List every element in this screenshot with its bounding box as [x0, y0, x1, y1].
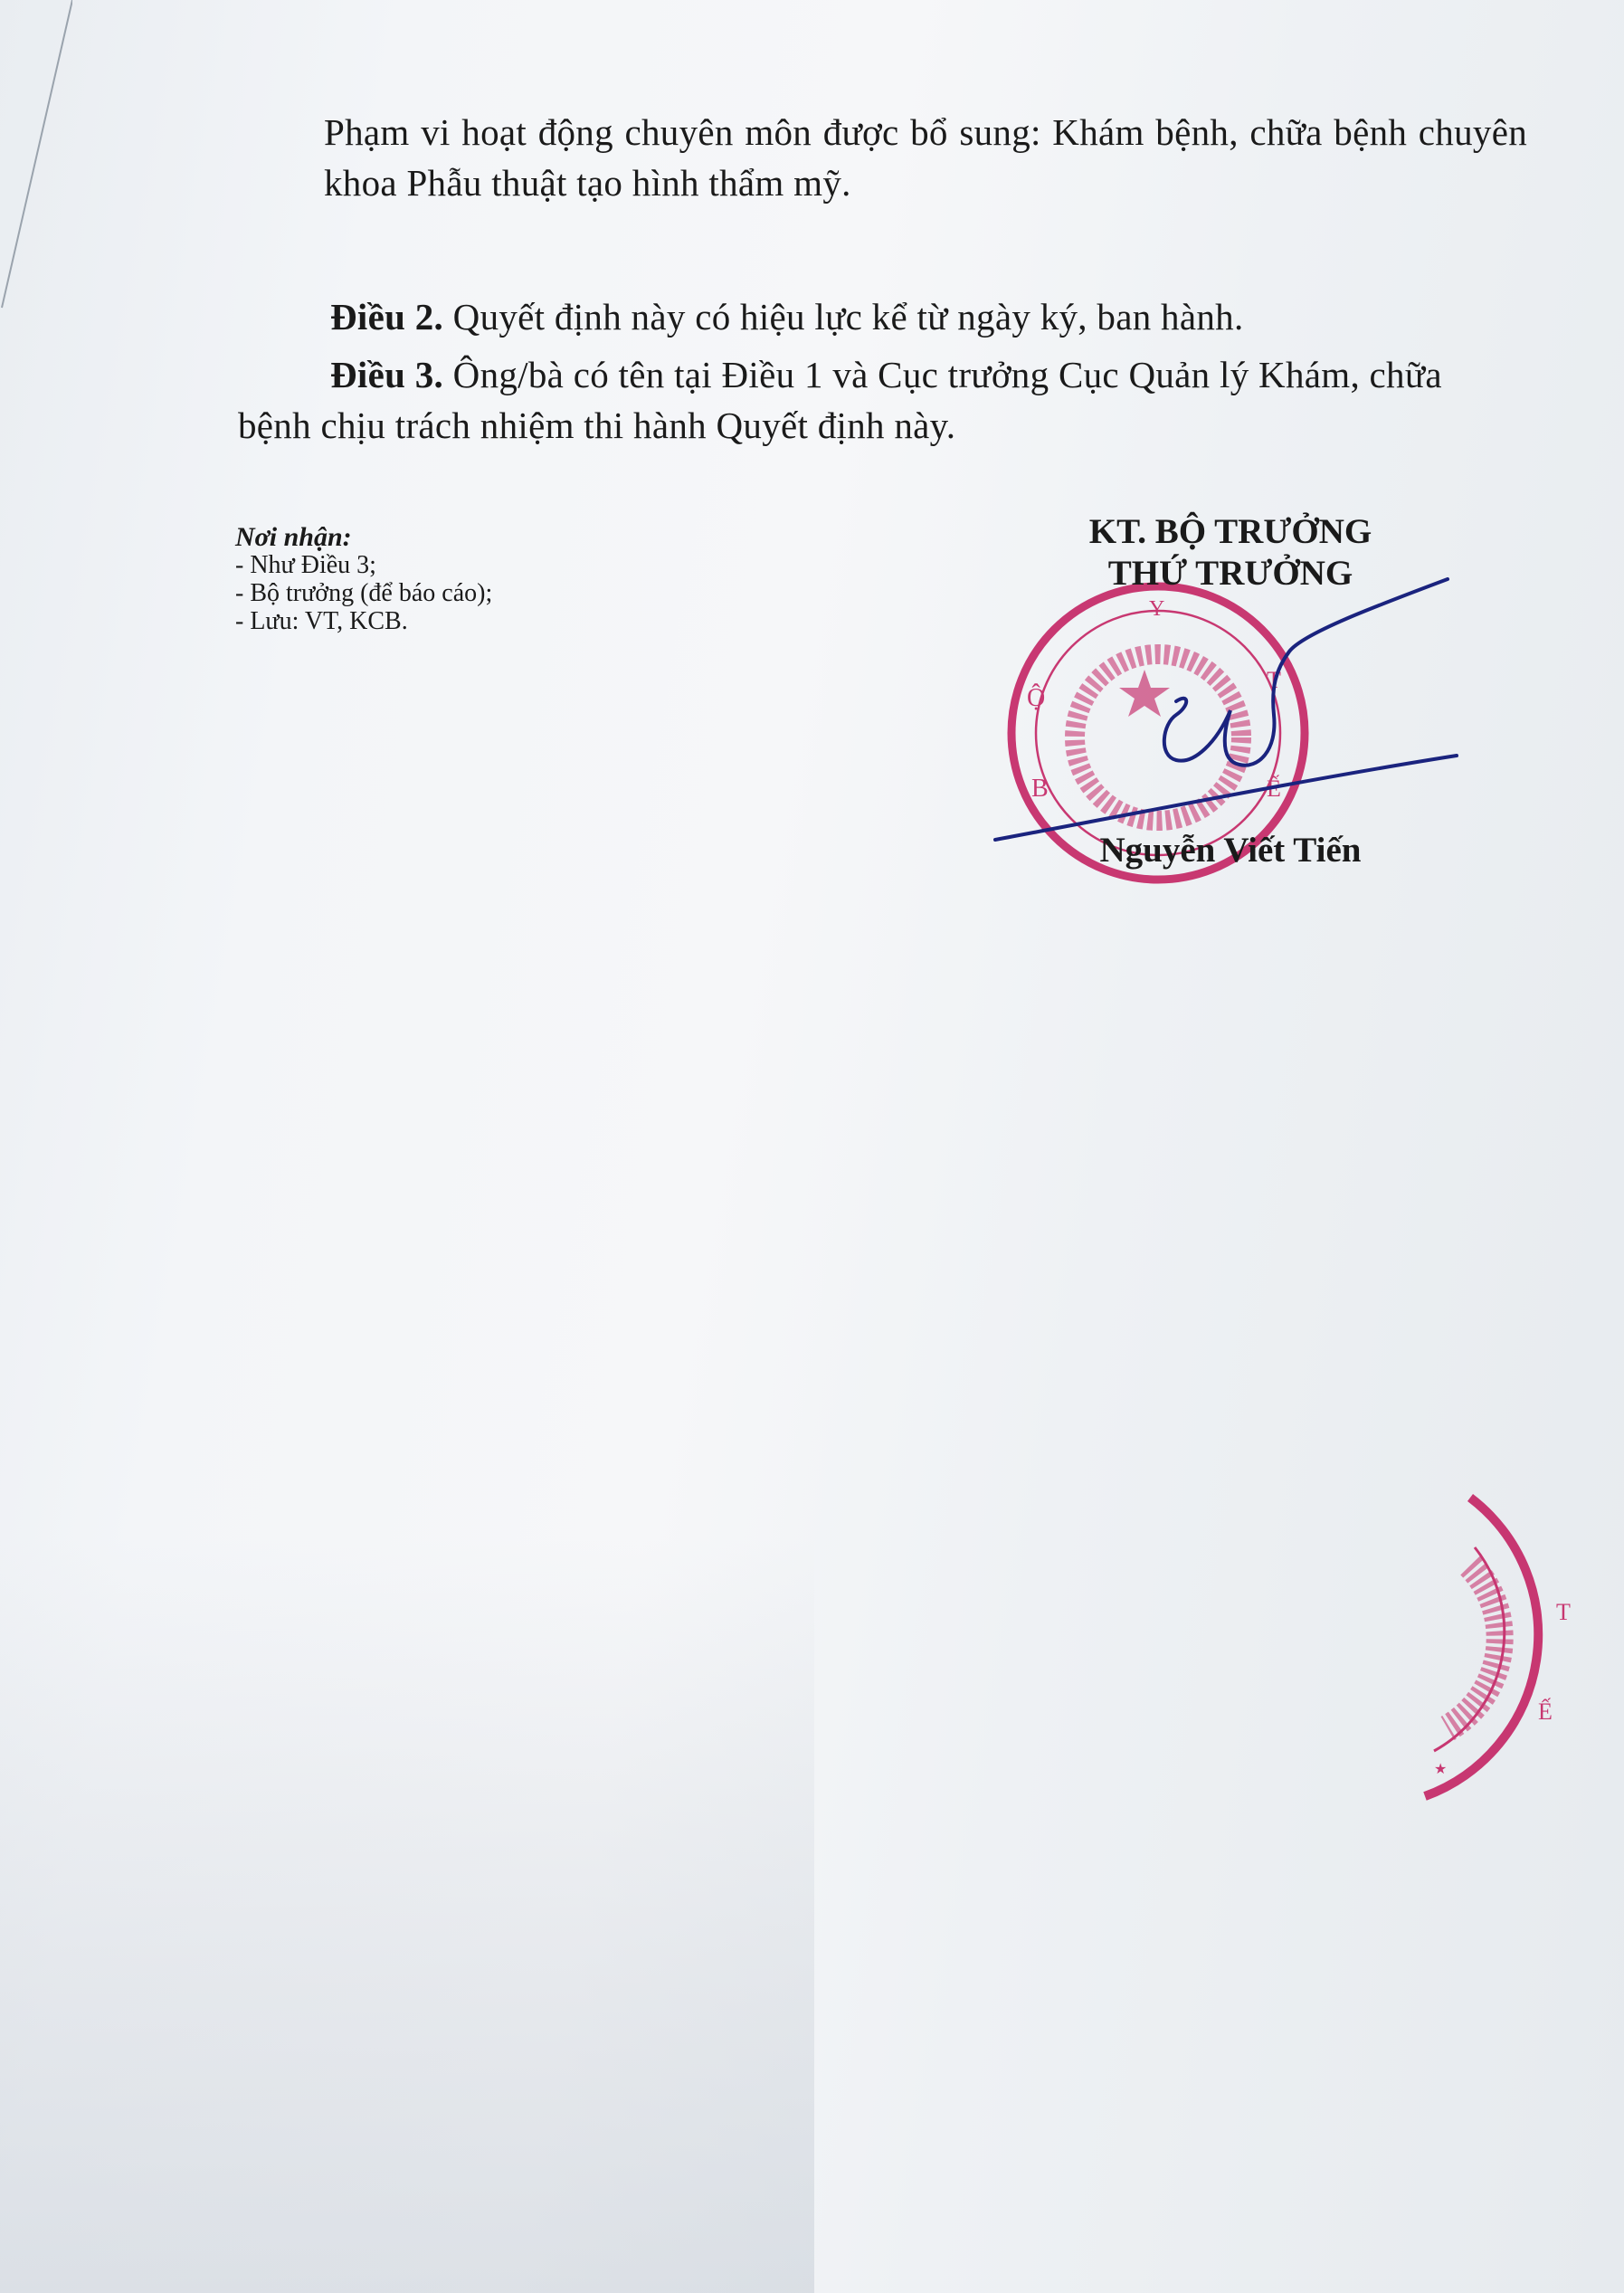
article-3-text-line2: bệnh chịu trách nhiệm thi hành Quyết địn… [238, 400, 1532, 451]
stamps-and-signature: Ộ B Y T Ế T Ế ★ [0, 0, 1624, 2293]
article-2: Điều 2. Quyết định này có hiệu lực kể từ… [238, 291, 1532, 342]
svg-text:Ế: Ế [1538, 1698, 1553, 1725]
recipient-item: - Bộ trưởng (để báo cáo); [235, 579, 492, 607]
article-3: Điều 3. Ông/bà có tên tại Điều 1 và Cục … [238, 349, 1532, 451]
svg-text:B: B [1031, 775, 1049, 803]
recipient-item: - Như Điều 3; [235, 551, 492, 579]
svg-text:Ộ: Ộ [1027, 684, 1045, 712]
recipients-block: Nơi nhận: - Như Điều 3; - Bộ trưởng (để … [235, 523, 492, 635]
article-2-label: Điều 2. [330, 296, 443, 338]
svg-text:Y: Y [1149, 597, 1164, 621]
signature-icon [995, 579, 1457, 840]
paper-fold-edge [0, 0, 72, 814]
svg-text:Ế: Ế [1267, 775, 1281, 802]
shadow-area [0, 1538, 814, 2293]
signature-title-line2: THỨ TRƯỞNG [995, 553, 1466, 595]
partial-stamp-icon: T Ế ★ [1425, 1498, 1571, 1796]
recipient-item: - Lưu: VT, KCB. [235, 607, 492, 635]
article-3-label: Điều 3. [330, 354, 443, 395]
signature-title: KT. BỘ TRƯỞNG THỨ TRƯỞNG [995, 511, 1466, 595]
signer-name: Nguyễn Viết Tiến [995, 830, 1466, 871]
recipients-heading: Nơi nhận: [235, 523, 492, 551]
scope-paragraph: Phạm vi hoạt động chuyên môn được bổ sun… [324, 107, 1527, 208]
signature-title-line1: KT. BỘ TRƯỞNG [995, 511, 1466, 553]
article-2-text: Quyết định này có hiệu lực kể từ ngày ký… [443, 296, 1243, 338]
svg-text:T: T [1267, 667, 1281, 693]
svg-text:★: ★ [1434, 1762, 1447, 1777]
article-3-text-line1: Ông/bà có tên tại Điều 1 và Cục trưởng C… [443, 354, 1442, 395]
svg-text:T: T [1556, 1599, 1571, 1625]
